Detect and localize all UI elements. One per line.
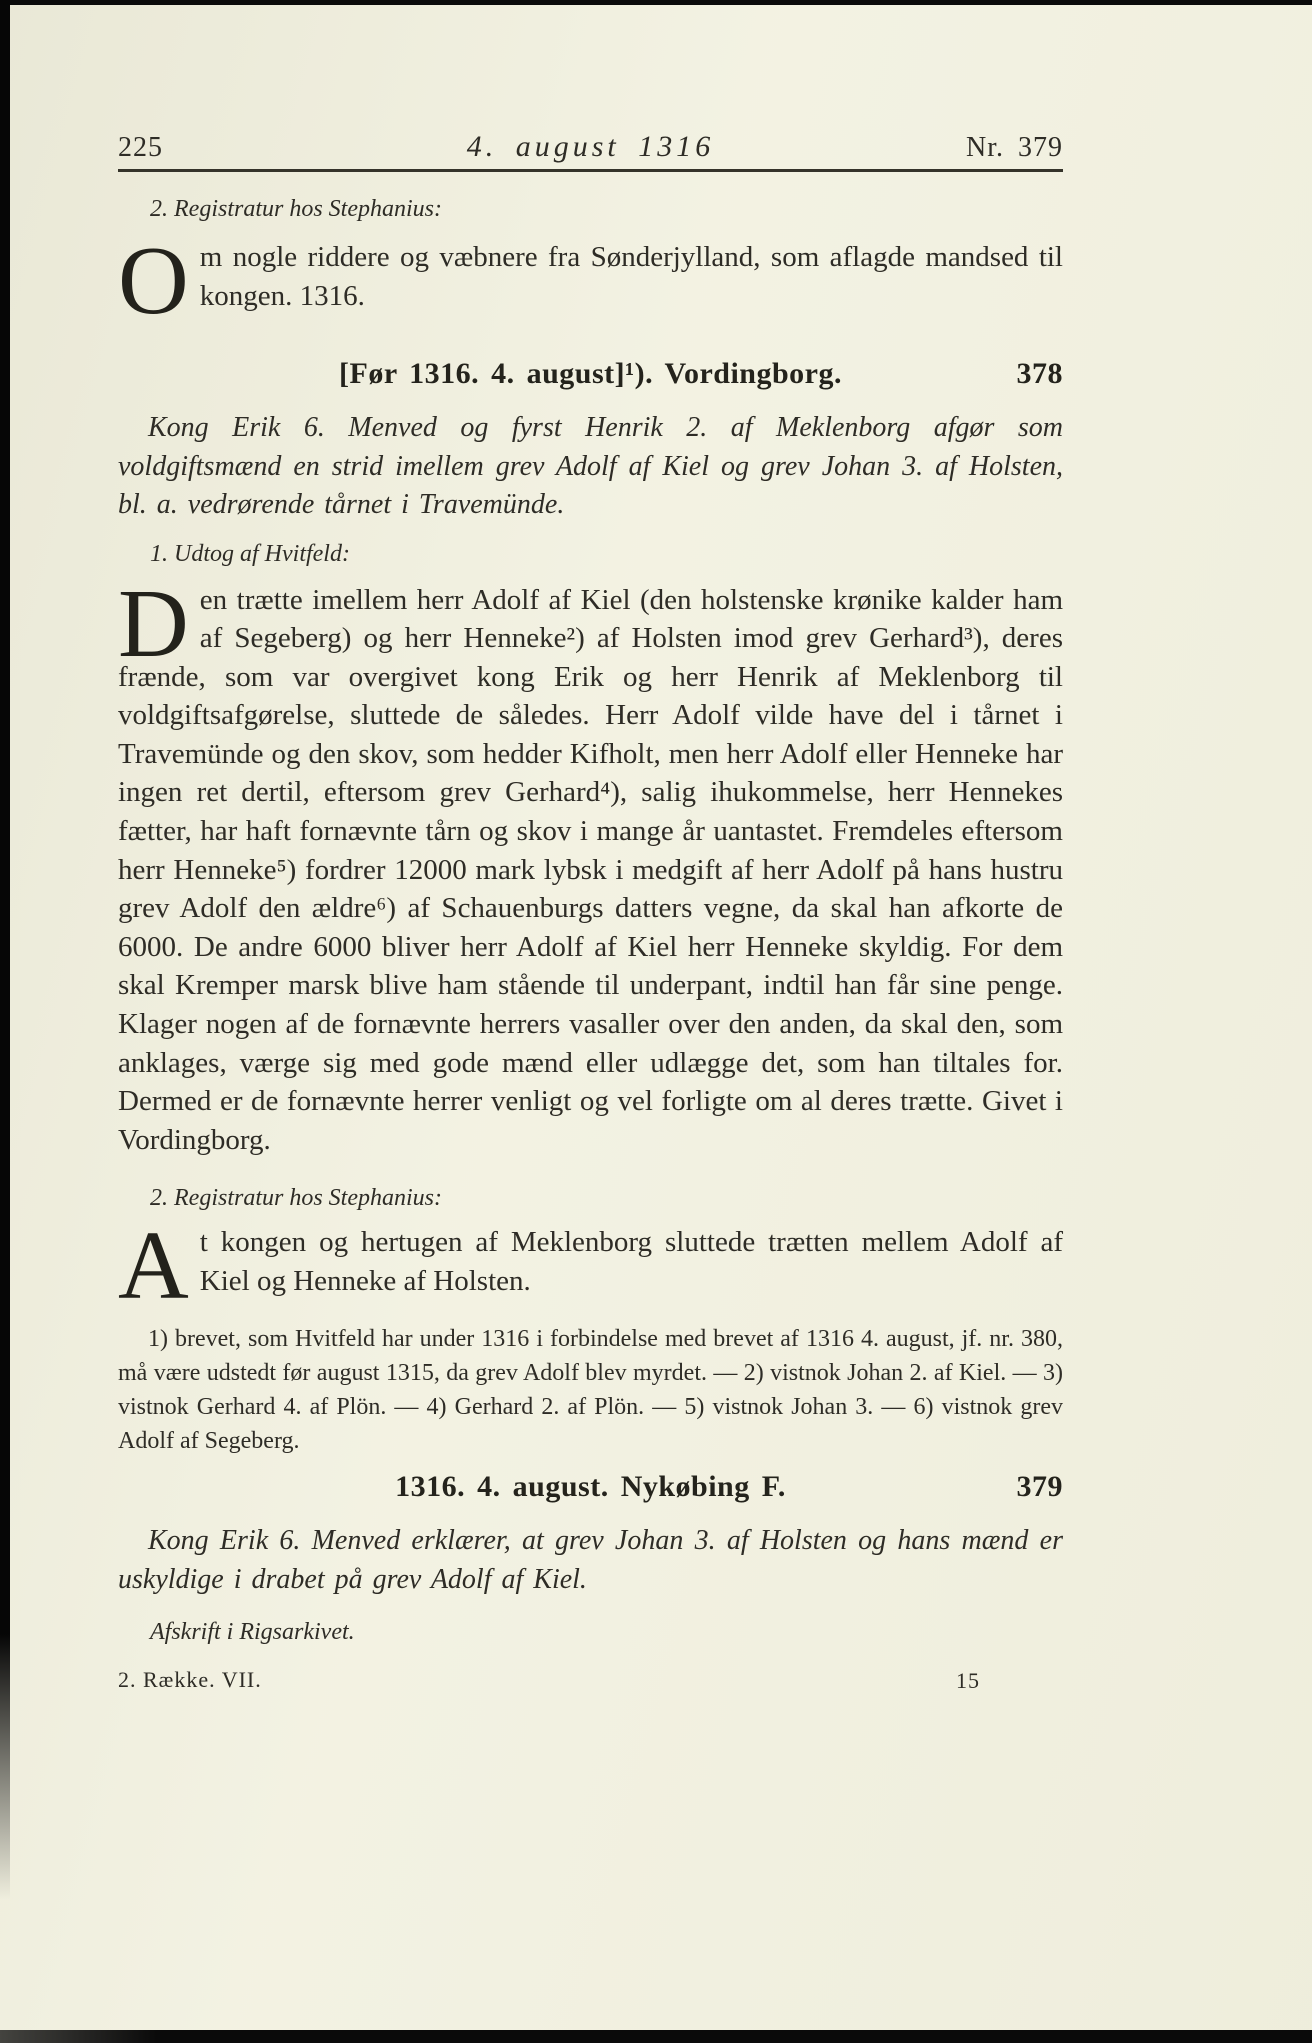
entry-378-body: Den trætte imellem herr Adolf af Kiel (d… bbox=[118, 581, 1063, 1160]
scanned-book-page: 225 4. august 1316 Nr. 379 2. Registratu… bbox=[0, 0, 1312, 2043]
scan-edge-bottom bbox=[0, 2030, 1312, 2043]
intro-paragraph-text: m nogle riddere og væbnere fra Sønderjyl… bbox=[200, 241, 1063, 312]
source-note-afskrift: Afskrift i Rigsarkivet. bbox=[150, 1617, 1063, 1647]
scan-edge-left bbox=[0, 0, 10, 1900]
entry-378-registratur: At kongen og hertugen af Meklenborg slut… bbox=[118, 1223, 1063, 1300]
header-rule bbox=[118, 169, 1063, 172]
entry-379-heading-text: 1316. 4. august. Nykøbing F. bbox=[395, 1470, 786, 1503]
dropcap-a: A bbox=[118, 1229, 189, 1303]
entry-379-heading: 1316. 4. august. Nykøbing F. 379 bbox=[118, 1470, 1063, 1504]
page-footer: 2. Række. VII. 15 bbox=[118, 1667, 1063, 1693]
entry-378-registratur-text: t kongen og hertugen af Meklenborg slutt… bbox=[200, 1226, 1063, 1297]
entry-378-body-text: en trætte imellem herr Adolf af Kiel (de… bbox=[118, 584, 1063, 1156]
running-head-date: 4. august 1316 bbox=[467, 130, 715, 164]
entry-379-summary: Kong Erik 6. Menved erklærer, at grev Jo… bbox=[118, 1522, 1063, 1599]
running-header: 225 4. august 1316 Nr. 379 bbox=[118, 130, 1063, 164]
page-content: 225 4. august 1316 Nr. 379 2. Registratu… bbox=[118, 0, 1063, 1693]
dropcap-d: D bbox=[118, 587, 189, 661]
page-number: 225 bbox=[118, 132, 467, 164]
entry-378-footnotes: 1) brevet, som Hvitfeld har under 1316 i… bbox=[118, 1322, 1063, 1458]
footer-sheet-signature: 15 bbox=[956, 1668, 980, 1694]
entry-378-summary: Kong Erik 6. Menved og fyrst Henrik 2. a… bbox=[118, 409, 1063, 525]
source-note-registratur-2: 2. Registratur hos Stephanius: bbox=[150, 1183, 1063, 1213]
running-head-entry-number: Nr. 379 bbox=[966, 132, 1063, 164]
dropcap-o: O bbox=[118, 244, 189, 318]
entry-379-number: 379 bbox=[1017, 1470, 1064, 1504]
entry-378-heading: [Før 1316. 4. august]¹). Vordingborg. 37… bbox=[118, 357, 1063, 391]
source-note-udtog: 1. Udtog af Hvitfeld: bbox=[150, 539, 1063, 569]
footer-series-label: 2. Række. VII. bbox=[118, 1667, 262, 1692]
source-note-registratur-1: 2. Registratur hos Stephanius: bbox=[150, 194, 1063, 224]
intro-paragraph: Om nogle riddere og væbnere fra Sønderjy… bbox=[118, 238, 1063, 315]
entry-378-number: 378 bbox=[1017, 357, 1064, 391]
entry-378-heading-text: [Før 1316. 4. august]¹). Vordingborg. bbox=[339, 357, 842, 390]
